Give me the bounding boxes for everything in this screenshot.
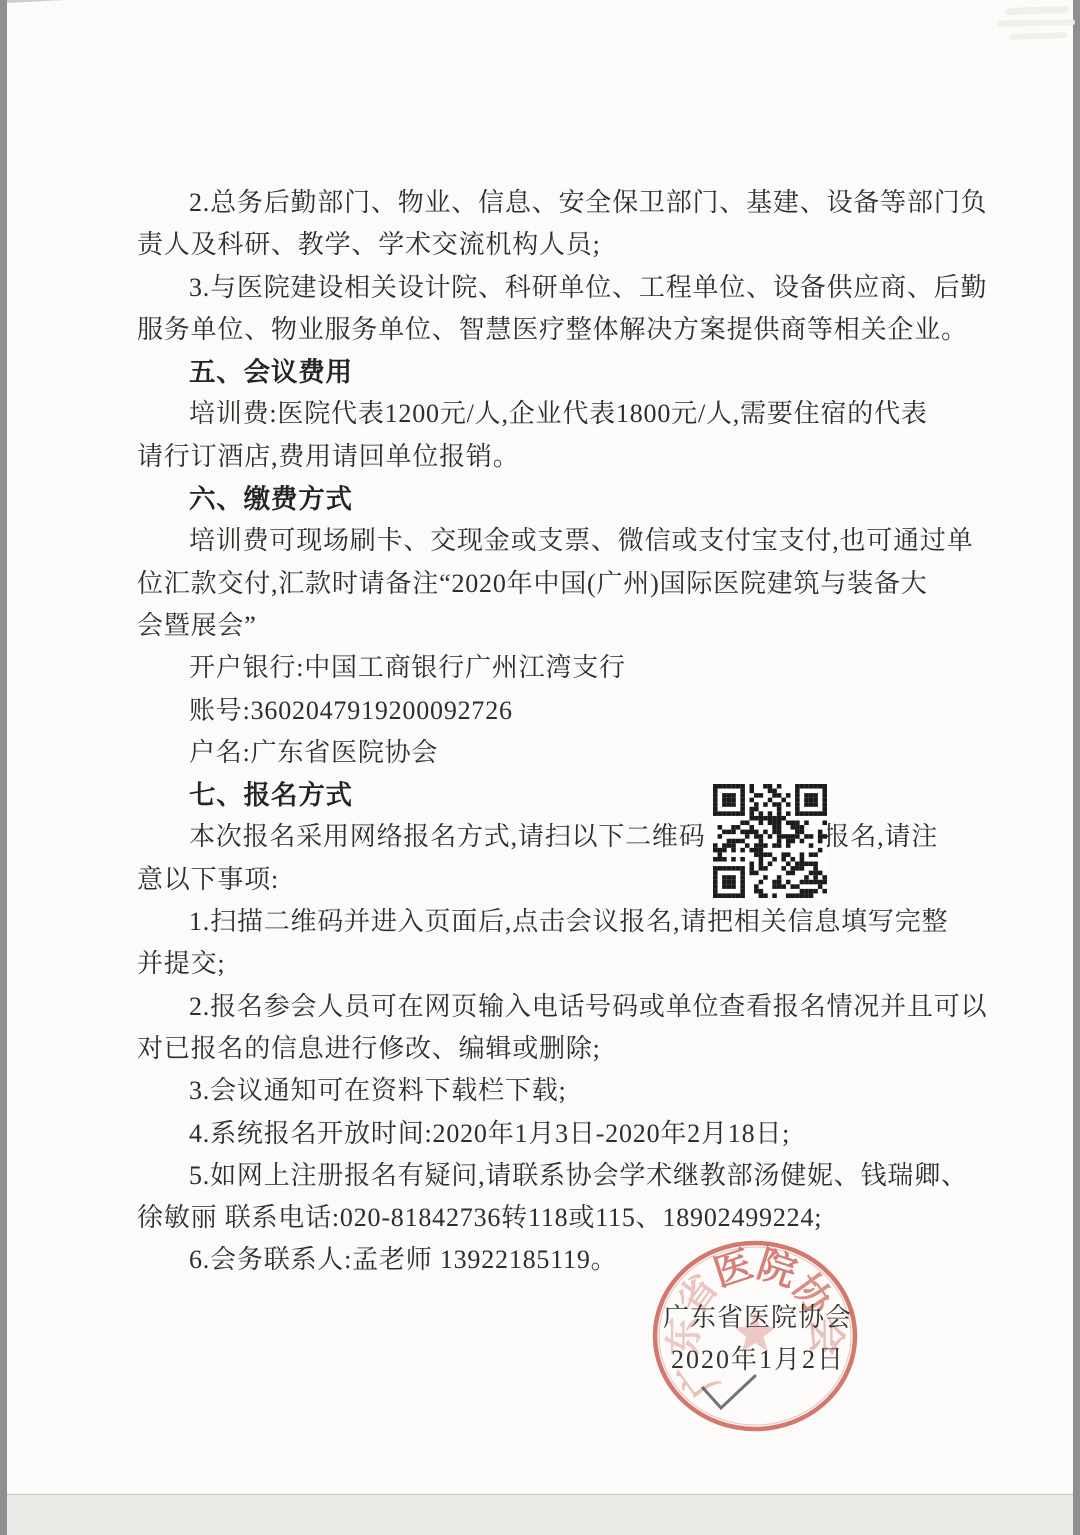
text-line: 对已报名的信息进行修改、编辑或删除;: [137, 1028, 967, 1070]
qr-code-image: [713, 784, 827, 898]
text-after-qr: 报名,请注: [824, 816, 939, 858]
scan-smudge: [1009, 32, 1067, 40]
section-heading: 六、缴费方式: [137, 478, 967, 520]
scan-smudge: [997, 19, 1075, 26]
scan-edge-bottom: [7, 1494, 1073, 1535]
text-line: 户名:广东省医院协会: [137, 732, 967, 774]
text-line: 会暨展会”: [137, 605, 967, 647]
text-line: 意以下事项:: [137, 859, 967, 901]
text-line: 1.扫描二维码并进入页面后,点击会议报名,请把相关信息填写完整: [137, 901, 967, 943]
text-line: 培训费:医院代表1200元/人,企业代表1800元/人,需要住宿的代表: [137, 393, 967, 435]
text-line: 账号:3602047919200092726: [137, 690, 967, 732]
text-line: 3.会议通知可在资料下载栏下载;: [137, 1070, 967, 1112]
signature-date: 2020年1月2日: [663, 1339, 883, 1381]
text-line: 并提交;: [137, 943, 967, 985]
signature-block: 广东省医院协会 2020年1月2日: [663, 1297, 883, 1381]
text-line: 3.与医院建设相关设计院、科研单位、工程单位、设备供应商、后勤: [137, 267, 967, 309]
scan-smudge: [1005, 6, 1069, 15]
text-line: 请行订酒店,费用请回单位报销。: [137, 436, 967, 478]
signature-org: 广东省医院协会: [663, 1297, 883, 1339]
scan-artifact-top-left: [7, 0, 65, 3]
registration-qr-code: [713, 784, 827, 898]
text-line: 4.系统报名开放时间:2020年1月3日-2020年2月18日;: [137, 1113, 967, 1155]
text-line: 培训费可现场刷卡、交现金或支票、微信或支付宝支付,也可通过单: [137, 520, 967, 562]
text-line: 责人及科研、教学、学术交流机构人员;: [137, 224, 967, 266]
text-before-qr: 本次报名采用网络报名方式,请扫以下二维码: [189, 816, 706, 858]
text-line: 2.报名参会人员可在网页输入电话号码或单位查看报名情况并且可以: [137, 986, 967, 1028]
text-line-with-qr: 本次报名采用网络报名方式,请扫以下二维码报名,请注: [137, 816, 967, 858]
section-heading: 五、会议费用: [137, 351, 967, 393]
text-line: 开户银行:中国工商银行广州江湾支行: [137, 647, 967, 689]
text-line: 徐敏丽 联系电话:020-81842736转118或115、1890249922…: [137, 1197, 967, 1239]
text-line: 5.如网上注册报名有疑问,请联系协会学术继教部汤健妮、钱瑞卿、: [137, 1155, 967, 1197]
text-line: 位汇款交付,汇款时请备注“2020年中国(广州)国际医院建筑与装备大: [137, 563, 967, 605]
text-line: 2.总务后勤部门、物业、信息、安全保卫部门、基建、设备等部门负: [137, 182, 967, 224]
text-line: 服务单位、物业服务单位、智慧医疗整体解决方案提供商等相关企业。: [137, 309, 967, 351]
document-text-block: 2.总务后勤部门、物业、信息、安全保卫部门、基建、设备等部门负责人及科研、教学、…: [137, 182, 967, 1282]
document-page: 2.总务后勤部门、物业、信息、安全保卫部门、基建、设备等部门负责人及科研、教学、…: [7, 0, 1073, 1494]
section-heading: 七、报名方式: [137, 774, 967, 816]
